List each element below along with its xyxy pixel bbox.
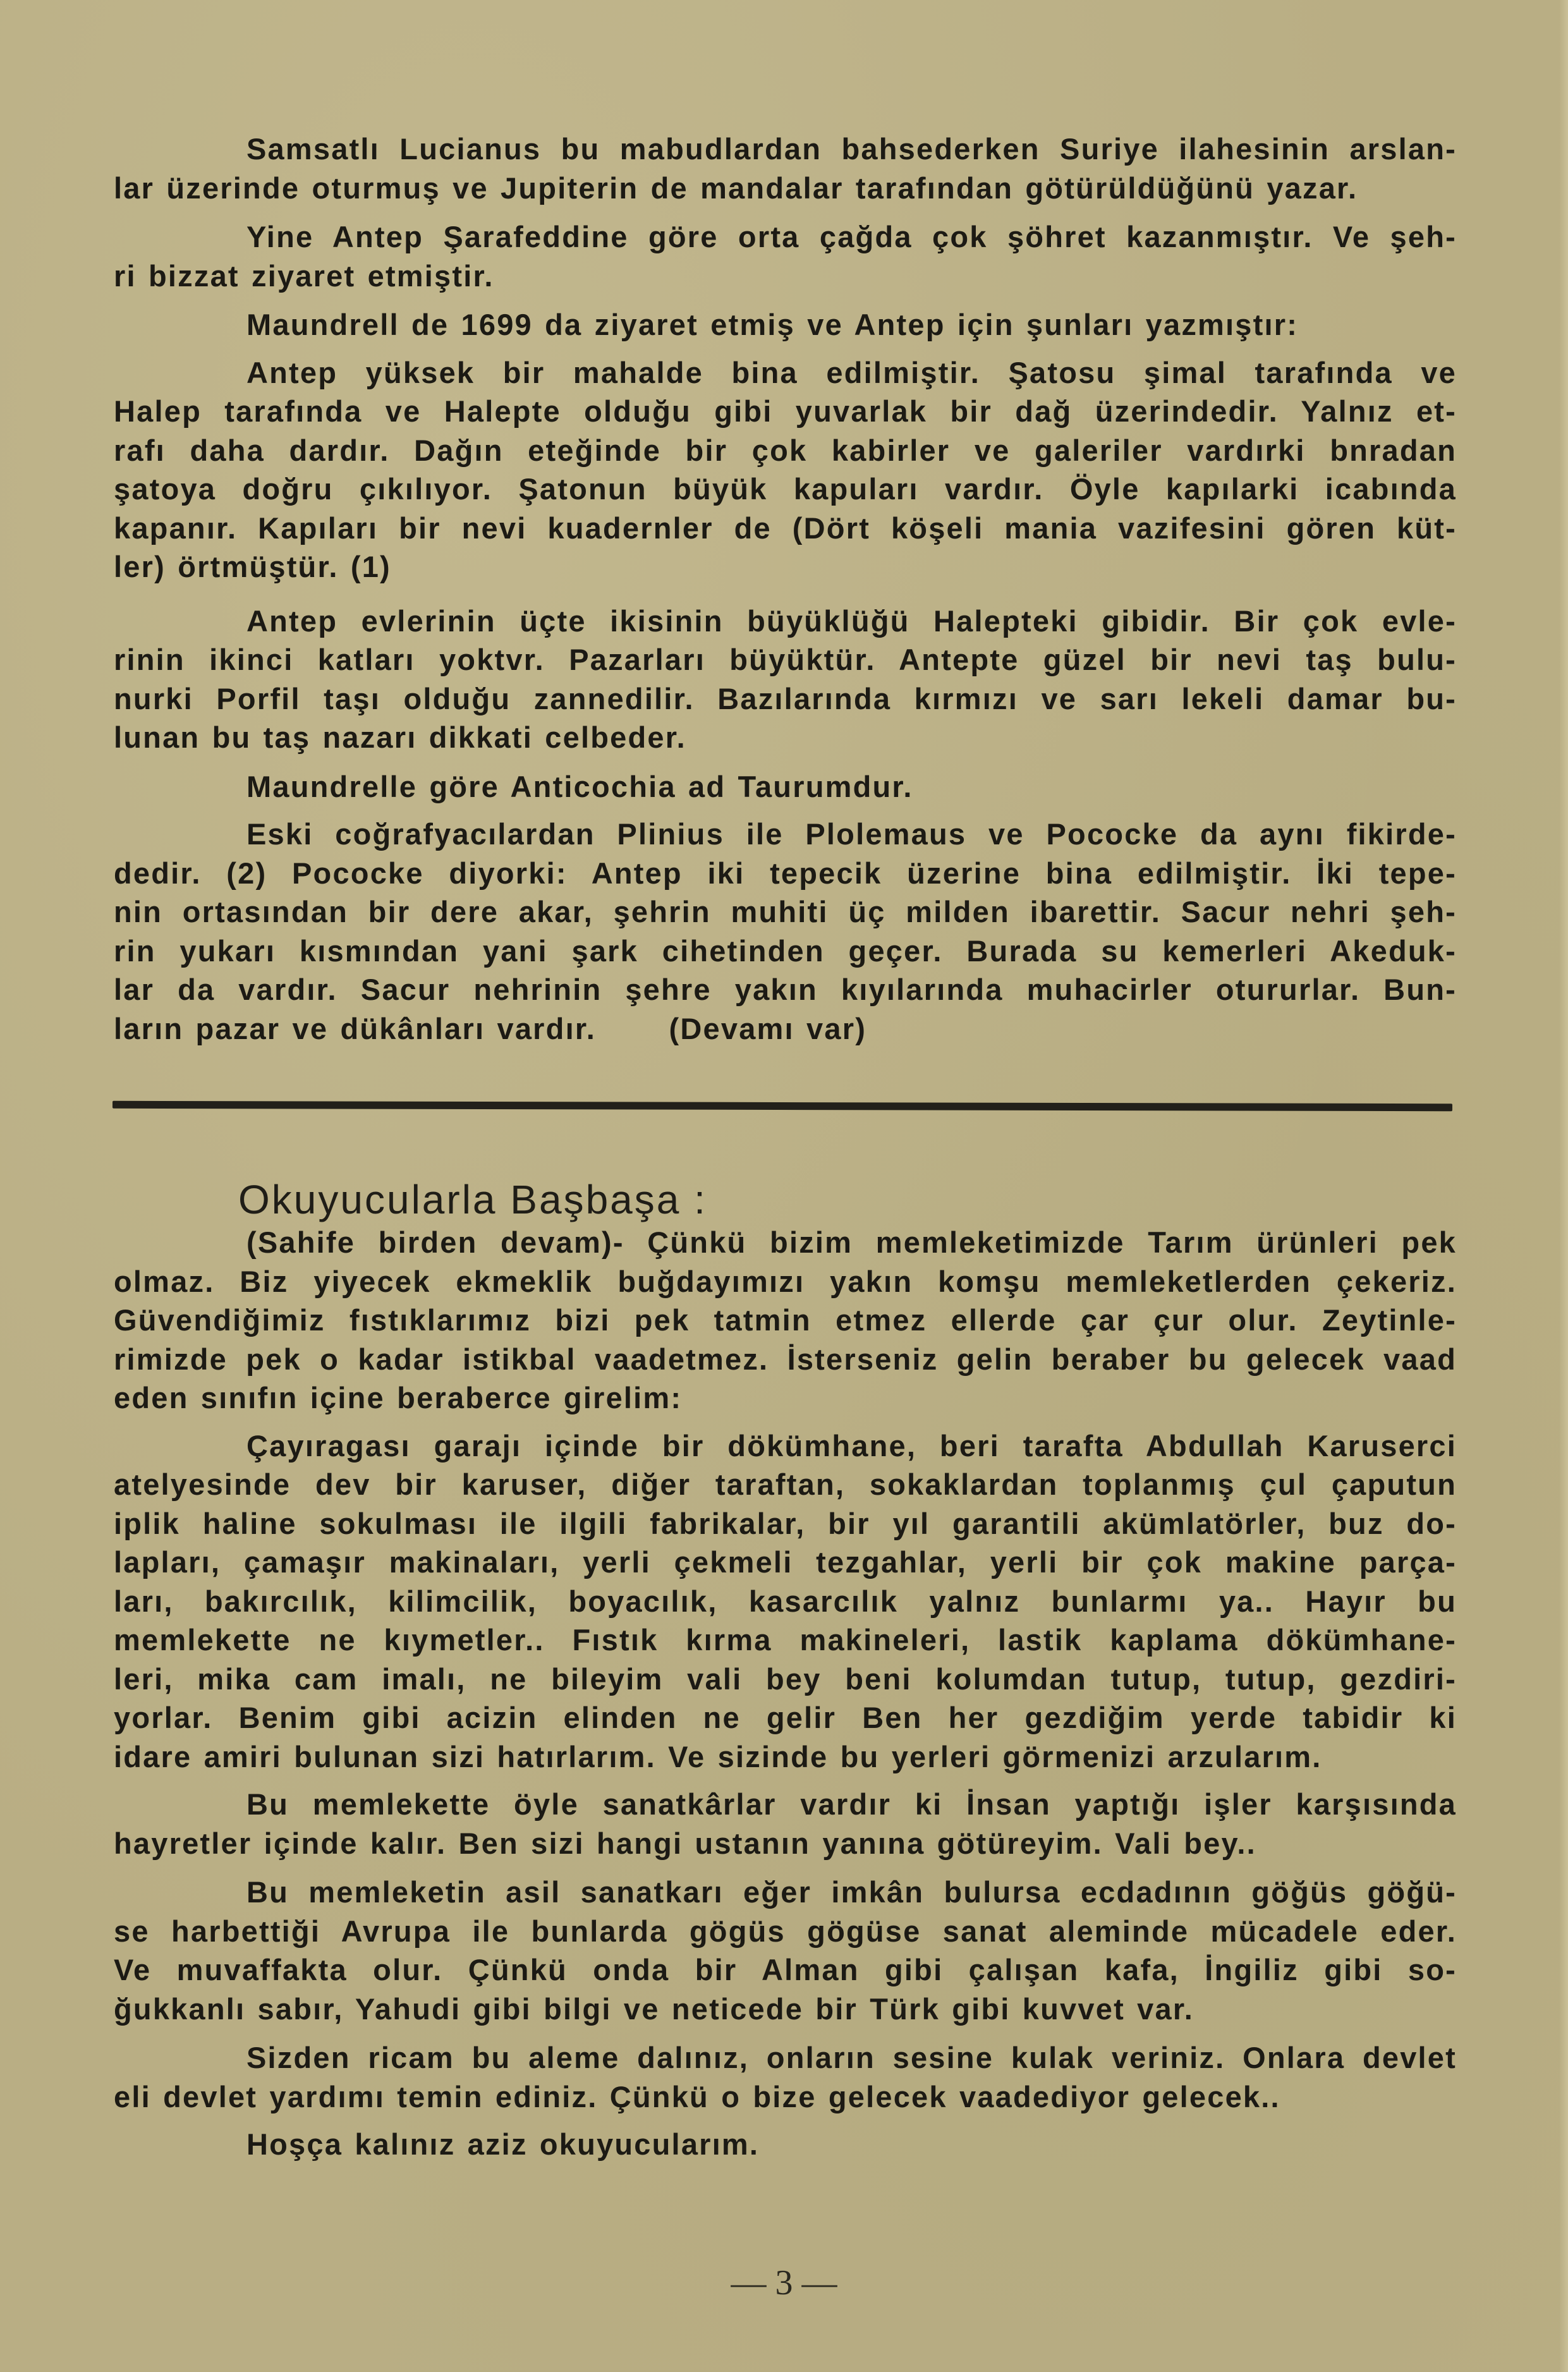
text-line: Eski coğrafyacılardan Plinius ile Plolem… bbox=[114, 815, 1457, 854]
text-line: Halep tarafında ve Halepte olduğu gibi y… bbox=[114, 392, 1457, 431]
text-line: idare amiri bulunan sizi hatırlarım. Ve … bbox=[114, 1737, 1457, 1777]
text-line: nin ortasından bir dere akar, şehrin muh… bbox=[114, 892, 1457, 932]
text-line: leri, mika cam imalı, ne bileyim vali be… bbox=[114, 1660, 1457, 1699]
text-line: Maundrell de 1699 da ziyaret etmiş ve An… bbox=[114, 305, 1457, 344]
text-line: lunan bu taş nazarı dikkati celbeder. bbox=[114, 718, 1457, 757]
text-line: ler) örtmüştür. (1) bbox=[114, 547, 1457, 587]
page-number: — 3 — bbox=[0, 2263, 1568, 2303]
text-line: rafı daha dardır. Dağın eteğinde bir çok… bbox=[114, 431, 1457, 470]
text-line: Bu memleketin asil sanatkarı eğer imkân … bbox=[114, 1873, 1457, 1912]
text-line: lar da vardır. Sacur nehrinin şehre yakı… bbox=[114, 970, 1457, 1009]
paragraph: Eski coğrafyacılardan Plinius ile Plolem… bbox=[114, 815, 1457, 1048]
paragraph: Antep evlerinin üçte ikisinin büyüklüğü … bbox=[114, 602, 1457, 757]
text-line: Hoşça kalınız aziz okuyucularım. bbox=[114, 2125, 1457, 2164]
text-line: rimizde pek o kadar istikbal vaadetmez. … bbox=[114, 1340, 1457, 1379]
text-line: lapları, çamaşır makinaları, yerli çekme… bbox=[114, 1543, 1457, 1582]
text-line: Samsatlı Lucianus bu mabudlardan bahsede… bbox=[114, 130, 1457, 169]
text-line: Ve muvaffakta olur. Çünkü onda bir Alman… bbox=[114, 1950, 1457, 1990]
text-line: nurki Porfil taşı olduğu zannedilir. Baz… bbox=[114, 679, 1457, 719]
paragraph: Maundrell de 1699 da ziyaret etmiş ve An… bbox=[114, 305, 1457, 344]
paragraph: Maundrelle göre Anticochia ad Taurumdur. bbox=[114, 767, 1457, 806]
text-line: memlekette ne kıymetler.. Fıstık kırma m… bbox=[114, 1621, 1457, 1660]
text-line: lar üzerinde oturmuş ve Jupiterin de man… bbox=[114, 169, 1457, 208]
paragraph: Sizden ricam bu aleme dalınız, onların s… bbox=[114, 2038, 1457, 2116]
text-line: kapanır. Kapıları bir nevi kuadernler de… bbox=[114, 509, 1457, 548]
section-divider-rule bbox=[112, 1101, 1452, 1111]
paragraph: Antep yüksek bir mahalde bina edilmiştir… bbox=[114, 353, 1457, 587]
paragraph: Bu memleketin asil sanatkarı eğer imkân … bbox=[114, 1873, 1457, 2028]
paragraph: Samsatlı Lucianus bu mabudlardan bahsede… bbox=[114, 130, 1457, 207]
text-line: Maundrelle göre Anticochia ad Taurumdur. bbox=[114, 767, 1457, 806]
text-line: Sizden ricam bu aleme dalınız, onların s… bbox=[114, 2038, 1457, 2077]
text-line: Güvendiğimiz fıstıklarımız bizi pek tatm… bbox=[114, 1301, 1457, 1340]
text-line: eden sınıfın içine beraberce girelim: bbox=[114, 1378, 1457, 1418]
text-line: ların pazar ve dükânları vardır. (Devamı… bbox=[114, 1009, 1457, 1049]
text-line: ları, bakırcılık, kilimcilik, boyacılık,… bbox=[114, 1582, 1457, 1621]
text-line: şatoya doğru çıkılıyor. Şatonun büyük ka… bbox=[114, 470, 1457, 509]
text-line: hayretler içinde kalır. Ben sizi hangi u… bbox=[114, 1824, 1457, 1863]
article-historical-antep: Samsatlı Lucianus bu mabudlardan bahsede… bbox=[114, 130, 1457, 1048]
paragraph: Çayıragası garajı içinde bir dökümhane, … bbox=[114, 1426, 1457, 1777]
text-line: olmaz. Biz yiyecek ekmeklik buğdayımızı … bbox=[114, 1262, 1457, 1301]
text-line: ğukkanlı sabır, Yahudi gibi bilgi ve net… bbox=[114, 1990, 1457, 2029]
paragraph: Bu memlekette öyle sanatkârlar vardır ki… bbox=[114, 1785, 1457, 1863]
article-okuyucularla-basbasa: (Sahife birden devam)- Çünkü bizim memle… bbox=[114, 1223, 1457, 2164]
text-line: Antep yüksek bir mahalde bina edilmiştir… bbox=[114, 353, 1457, 392]
text-line: yorlar. Benim gibi acizin elinden ne gel… bbox=[114, 1698, 1457, 1737]
text-line: rin yukarı kısmından yani şark cihetinde… bbox=[114, 932, 1457, 971]
page-edge bbox=[1559, 0, 1568, 2372]
text-line: Yine Antep Şarafeddine göre orta çağda ç… bbox=[114, 217, 1457, 257]
text-line: Antep evlerinin üçte ikisinin büyüklüğü … bbox=[114, 602, 1457, 641]
text-line: Çayıragası garajı içinde bir dökümhane, … bbox=[114, 1426, 1457, 1466]
text-line: atelyesinde dev bir karuser, diğer taraf… bbox=[114, 1465, 1457, 1504]
paragraph: Hoşça kalınız aziz okuyucularım. bbox=[114, 2125, 1457, 2164]
text-line: rinin ikinci katları yoktvr. Pazarları b… bbox=[114, 640, 1457, 679]
text-line: eli devlet yardımı temin ediniz. Çünkü o… bbox=[114, 2077, 1457, 2117]
text-line: ri bizzat ziyaret etmiştir. bbox=[114, 257, 1457, 296]
text-line: (Sahife birden devam)- Çünkü bizim memle… bbox=[114, 1223, 1457, 1262]
paragraph: (Sahife birden devam)- Çünkü bizim memle… bbox=[114, 1223, 1457, 1418]
text-line: se harbettiği Avrupa ile bunlarda gögüs … bbox=[114, 1912, 1457, 1951]
text-line: dedir. (2) Pococke diyorki: Antep iki te… bbox=[114, 854, 1457, 893]
section-heading: Okuyucularla Başbaşa : bbox=[238, 1176, 707, 1223]
text-line: iplik haline sokulması ile ilgili fabrik… bbox=[114, 1504, 1457, 1543]
text-line: Bu memlekette öyle sanatkârlar vardır ki… bbox=[114, 1785, 1457, 1824]
paragraph: Yine Antep Şarafeddine göre orta çağda ç… bbox=[114, 217, 1457, 295]
